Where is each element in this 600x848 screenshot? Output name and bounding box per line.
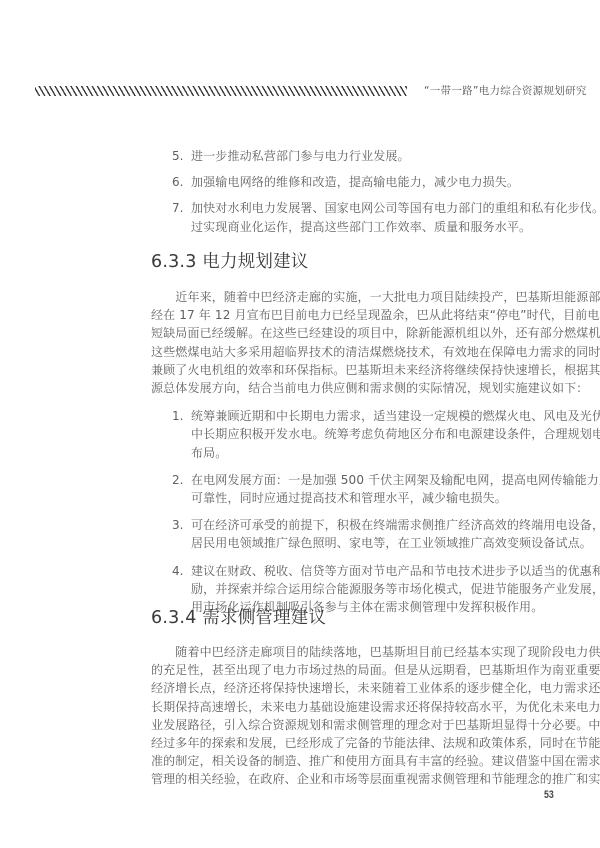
paragraph-line: 近年来，随着中巴经济走廊的实施，一大批电力项目陆续投产，巴基斯坦能源部已: [151, 288, 561, 306]
paragraph-line: 短缺局面已经缓解。在这些已经建设的项目中，除新能源机组以外，还有部分燃煤机组，: [151, 324, 561, 342]
section-6-3-3: 6.3.3 电力规划建议 近年来，随着中巴经济走廊的实施，一大批电力项目陆续投产…: [151, 250, 561, 616]
list-text-line: 可靠性，同时应通过提高技术和管理水平，减少输电损失。: [191, 489, 561, 507]
paragraph-line: 长期保持高速增长，未来电力基础设施建设需求还将保持较高水平，为优化未来电力行: [151, 698, 561, 716]
page-number: 53: [544, 789, 554, 801]
running-title: “一带一路”电力综合资源规划研究: [424, 83, 587, 98]
paragraph-line: 准的制定，相关设备的制造、推广和使用方面具有丰富的经验。建议借鉴中国在需求侧: [151, 752, 561, 770]
paragraph-line: 经过多年的探索和发展，已经形成了完备的节能法律、法规和政策体系，同时在节能标: [151, 734, 561, 752]
list-item: 5. 进一步推动私营部门参与电力行业发展。: [172, 147, 560, 165]
list-text-line: 进一步推动私营部门参与电力行业发展。: [191, 147, 560, 165]
list-number: 6.: [172, 173, 183, 191]
list-number: 1.: [172, 407, 183, 425]
paragraph-line: 这些燃煤电站大多采用超临界技术的清洁煤燃烧技术，有效地在保障电力需求的同时，: [151, 343, 561, 361]
list-item: 6. 加强输电网络的维修和改造，提高输电能力，减少电力损失。: [172, 173, 560, 191]
paragraph-line: 源总体发展方向，结合当前电力供应侧和需求侧的实际情况，规划实施建议如下：: [151, 379, 561, 397]
list-text-line: 布局。: [191, 444, 561, 462]
running-header: “一带一路”电力综合资源规划研究: [0, 82, 600, 102]
paragraph-line: 管理的相关经验，在政府、企业和市场等层面重视需求侧管理和节能理念的推广和实施。: [151, 770, 561, 788]
section-paragraph: 近年来，随着中巴经济走廊的实施，一大批电力项目陆续投产，巴基斯坦能源部已 经在 …: [151, 288, 561, 397]
list-item: 1. 统筹兼顾近期和中长期电力需求，适当建设一定规模的燃煤火电、风电及光伏， 中…: [172, 407, 561, 462]
paragraph-line: 经在 17 年 12 月宣布巴目前电力已经呈现盈余，巴从此将结束“停电”时代，目…: [151, 306, 561, 324]
section-heading: 6.3.4 需求侧管理建议: [151, 606, 561, 630]
list-text-line: 加强输电网络的维修和改造，提高输电能力，减少电力损失。: [191, 173, 560, 191]
list-number: 4.: [172, 562, 183, 580]
list-number: 2.: [172, 471, 183, 489]
planning-recommendations-list: 1. 统筹兼顾近期和中长期电力需求，适当建设一定规模的燃煤火电、风电及光伏， 中…: [151, 407, 561, 616]
list-text-line: 可在经济可承受的前提下，积极在终端需求侧推广经济高效的终端用电设备，在: [191, 516, 561, 534]
list-number: 3.: [172, 516, 183, 534]
list-text-line: 过实现商业化运作，提高这些部门工作效率、质量和服务水平。: [191, 218, 560, 236]
paragraph-line: 随着中巴经济走廊项目的陆续落地，巴基斯坦目前已经基本实现了现阶段电力供应: [151, 643, 561, 661]
hatched-rule-decoration: [35, 86, 407, 96]
section-6-3-4: 6.3.4 需求侧管理建议 随着中巴经济走廊项目的陆续落地，巴基斯坦目前已经基本…: [151, 606, 561, 789]
section-paragraph: 随着中巴经济走廊项目的陆续落地，巴基斯坦目前已经基本实现了现阶段电力供应 的充足…: [151, 643, 561, 789]
list-item: 7. 加快对水利电力发展署、国家电网公司等国有电力部门的重组和私有化步伐。通 过…: [172, 199, 560, 235]
list-text-line: 加快对水利电力发展署、国家电网公司等国有电力部门的重组和私有化步伐。通: [191, 199, 560, 217]
list-text-line: 居民用电领域推广绿色照明、家电等，在工业领域推广高效变频设备试点。: [191, 534, 561, 552]
page-content: 5. 进一步推动私营部门参与电力行业发展。 6. 加强输电网络的维修和改造，提高…: [172, 147, 560, 236]
list-text-line: 中长期应积极开发水电。统筹考虑负荷地区分布和电源建设条件，合理规划电源: [191, 425, 561, 443]
paragraph-line: 业发展路径，引入综合资源规划和需求侧管理的理念对于巴基斯坦显得十分必要。中国: [151, 716, 561, 734]
list-text-line: 在电网发展方面：一是加强 500 千伏主网架及输配电网，提高电网传输能力及: [191, 471, 561, 489]
list-text-line: 建议在财政、税收、信贷等方面对节电产品和节电技术进步予以适当的优惠和鼓: [191, 562, 561, 580]
top-numbered-list: 5. 进一步推动私营部门参与电力行业发展。 6. 加强输电网络的维修和改造，提高…: [172, 147, 560, 236]
section-heading: 6.3.3 电力规划建议: [151, 250, 561, 274]
list-item: 3. 可在经济可承受的前提下，积极在终端需求侧推广经济高效的终端用电设备，在 居…: [172, 516, 561, 552]
paragraph-line: 的充足性，甚至出现了电力市场过热的局面。但是从远期看，巴基斯坦作为南亚重要的: [151, 661, 561, 679]
list-number: 5.: [172, 147, 183, 165]
paragraph-line: 兼顾了火电机组的效率和环保指标。巴基斯坦未来经济将继续保持快速增长，根据其能: [151, 361, 561, 379]
paragraph-line: 经济增长点，经济还将保持快速增长，未来随着工业体系的逐步健全化，电力需求还将: [151, 679, 561, 697]
list-number: 7.: [172, 199, 183, 217]
list-text-line: 励，并探索并综合运用综合能源服务等市场化模式，促进节能服务产业发展，运: [191, 580, 561, 598]
list-item: 2. 在电网发展方面：一是加强 500 千伏主网架及输配电网，提高电网传输能力及…: [172, 471, 561, 507]
list-text-line: 统筹兼顾近期和中长期电力需求，适当建设一定规模的燃煤火电、风电及光伏，: [191, 407, 561, 425]
